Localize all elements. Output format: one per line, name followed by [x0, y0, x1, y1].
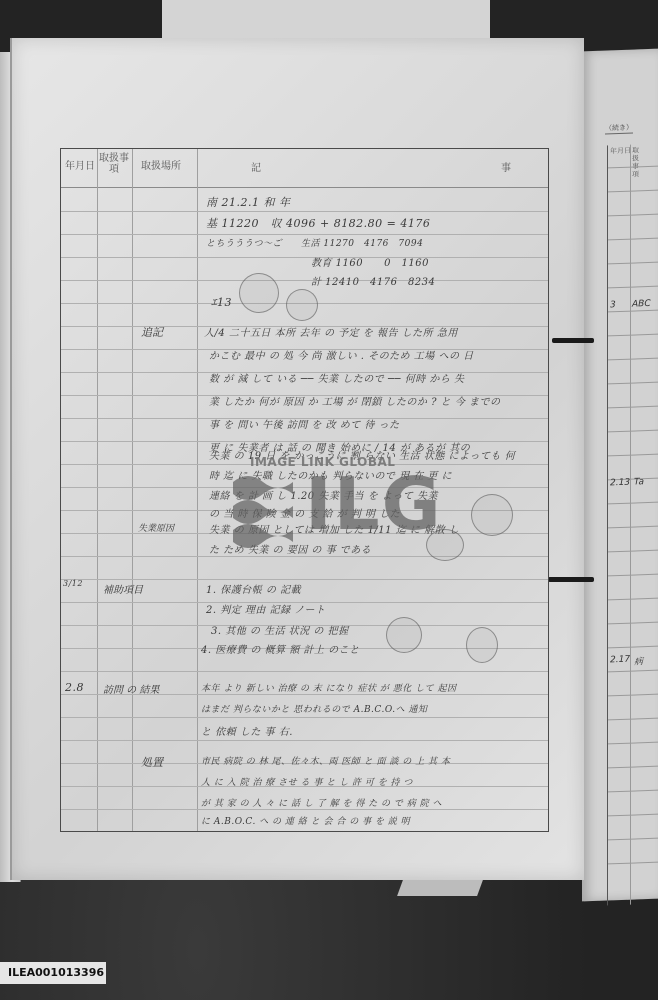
record-line: 業 したか 何が 原因 か 工場 が 閉鎖 したのか ? と 今 までの: [209, 393, 501, 408]
record-line: はまだ 判らないかと 思われるので A.B.C.O.へ 通知: [201, 702, 427, 715]
right-entry-date: 2.13: [610, 478, 630, 489]
entry-place-label: 失業原因: [138, 521, 174, 534]
right-entry-date: 3: [610, 300, 616, 310]
record-line: ｴ13: [211, 294, 232, 310]
right-entry-text: 病: [634, 654, 643, 667]
entry-item-label: 補助項目: [103, 581, 143, 596]
seal-stamp: [239, 273, 279, 313]
record-line: 教育 1160 0 1160: [206, 254, 429, 269]
col-header-handling-place: 取扱場所: [133, 161, 189, 172]
right-entry-date: 2.17: [610, 655, 630, 666]
record-line: 人/4 二十五日 本所 去年 の 予定 を 報告 した所 急用: [204, 324, 458, 339]
image-id-label: ILEA001013396: [0, 962, 106, 984]
seal-stamp: [471, 494, 513, 536]
record-line: 基 11220 収 4096 + 8182.80 = 4176: [206, 215, 430, 231]
binding-string-top: [552, 338, 594, 343]
right-page-header: （続き）: [605, 123, 633, 135]
record-line: と 依頼 した 事 右.: [201, 723, 293, 738]
paper-tab: [397, 880, 483, 896]
col-header-date: 年月日: [63, 161, 97, 172]
right-entry-text: Ta: [634, 477, 644, 487]
record-line: 本年 より 新しい 治療 の 末 になり 症状 が 悪化 して 起因: [201, 681, 456, 694]
record-line: 1. 保護台帳 の 記載: [206, 581, 301, 596]
col-header-handling-item: 取扱事項: [99, 153, 129, 175]
col-header-record-left: 記: [251, 163, 261, 174]
record-line: かこむ 最中 の 処 今 尚 激しい . そのため 工場 への 日: [209, 347, 474, 362]
watermark-logo: ILG: [305, 468, 443, 540]
right-col-header-date: 年月日: [610, 147, 631, 156]
col-divider: [197, 149, 198, 831]
right-col-header-item: 取扱事項: [632, 146, 642, 178]
entry-date: 2.8: [65, 681, 84, 694]
record-line: 市民 病院 の 林 尾、佐々木、両 医師 と 面 談 の 上 其 本: [201, 754, 450, 767]
record-line: 人 に 入 院 治 療 させ る 事 と し 許 可 を 持 つ: [201, 775, 413, 788]
entry-item-label: 訪問 の 結果: [103, 681, 159, 696]
col-header-record-right: 事: [501, 163, 511, 174]
record-line: に A.B.O.C. へ の 連 絡 と 会 合 の 事 を 説 明: [201, 814, 410, 827]
record-line: 3. 其他 の 生活 状況 の 把握: [211, 622, 349, 637]
col-divider: [97, 149, 98, 831]
record-line: とちうううつ〜ご 生活 11270 4176 7094: [206, 236, 423, 249]
right-page: （続き） 年月日 取扱事項 3 ABC 2.13: [582, 49, 658, 902]
entry-place-label: 処置: [141, 754, 163, 770]
right-entry-text: ABC: [632, 299, 651, 310]
seal-stamp: [386, 617, 422, 653]
record-line: 南 21.2.1 和 年: [206, 194, 290, 210]
col-divider: [132, 149, 133, 831]
record-line: 事 を 問い 午後 訪問 を 改 めて 待 った: [209, 416, 400, 431]
record-line: 2. 判定 理由 記録 ノート: [206, 601, 325, 616]
seal-stamp: [466, 627, 498, 663]
binding-string-bottom: [548, 577, 594, 582]
record-line: が 其 家 の 人 々 に 話 し 了 解 を 得 た の で 病 院 へ: [201, 796, 442, 809]
entry-place-label: 追記: [141, 324, 163, 340]
record-line: 4. 医療費 の 概算 額 計上 のこと: [201, 641, 360, 656]
seal-stamp: [286, 289, 318, 321]
entry-date: 3/12: [63, 579, 83, 588]
record-line: 数 が 減 して いる ── 失業 したので ── 何時 から 失: [209, 370, 465, 385]
right-page-form: （続き） 年月日 取扱事項 3 ABC 2.13: [607, 143, 658, 905]
watermark-wave-icon: [228, 470, 298, 550]
